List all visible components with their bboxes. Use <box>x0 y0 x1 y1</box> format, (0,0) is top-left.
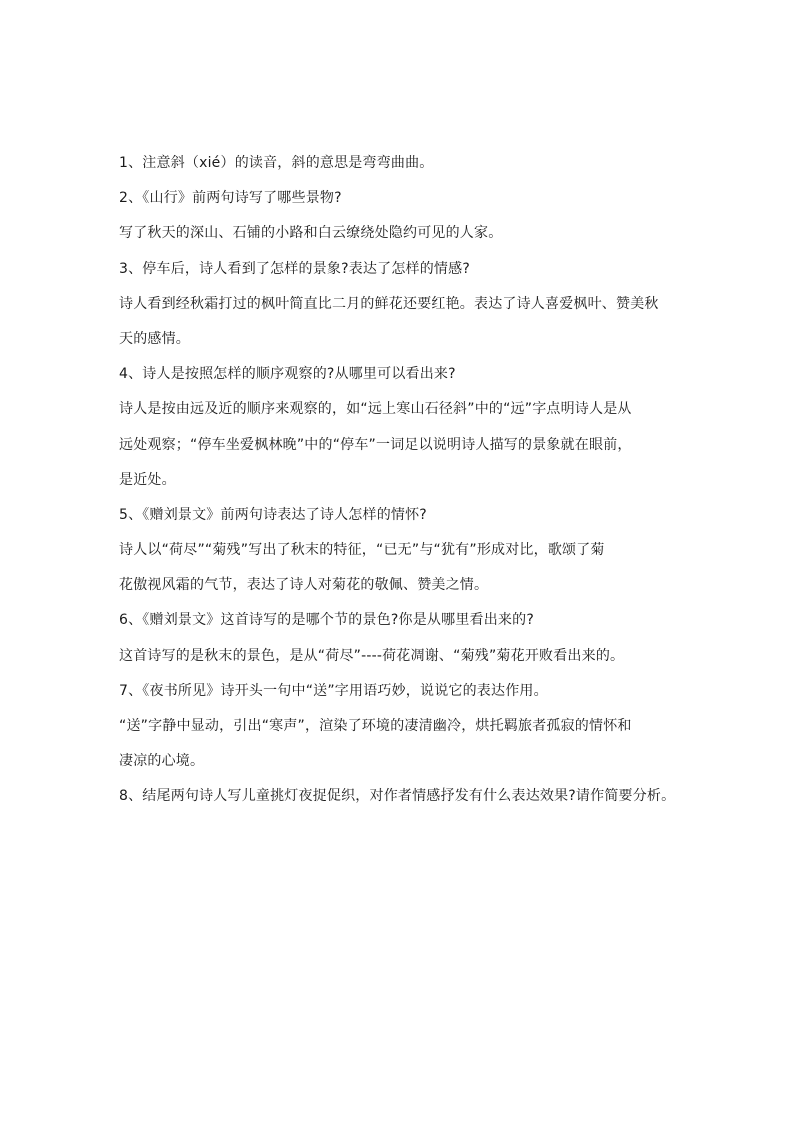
question-5: 5、《赠刘景文》前两句诗表达了诗人怎样的情怀? <box>119 498 679 533</box>
document-page: 1、注意斜（xié）的读音，斜的意思是弯弯曲曲。 2、《山行》前两句诗写了哪些景… <box>0 0 793 1122</box>
question-2: 2、《山行》前两句诗写了哪些景物? <box>119 181 679 216</box>
answer-7-line-2: 凄凉的心境。 <box>119 744 679 779</box>
document-body: 1、注意斜（xié）的读音，斜的意思是弯弯曲曲。 2、《山行》前两句诗写了哪些景… <box>119 146 679 815</box>
answer-4-line-3: 是近处。 <box>119 463 679 498</box>
answer-5-line-2: 花傲视风霜的气节，表达了诗人对菊花的敬佩、赞美之情。 <box>119 568 679 603</box>
question-7: 7、《夜书所见》诗开头一句中“送”字用语巧妙，说说它的表达作用。 <box>119 674 679 709</box>
answer-4-line-2: 远处观察；“停车坐爱枫林晚”中的“停车”一词足以说明诗人描写的景象就在眼前， <box>119 428 679 463</box>
answer-5-line-1: 诗人以“荷尽”“菊残”写出了秋末的特征，“已无”与“犹有”形成对比，歌颂了菊 <box>119 533 679 568</box>
question-8: 8、结尾两句诗人写儿童挑灯夜捉促织，对作者情感抒发有什么表达效果?请作简要分析。 <box>119 779 679 814</box>
answer-4-line-1: 诗人是按由远及近的顺序来观察的，如“远上寒山石径斜”中的“远”字点明诗人是从 <box>119 392 679 427</box>
answer-6: 这首诗写的是秋末的景色，是从“荷尽”----荷花凋谢、“菊残”菊花开败看出来的。 <box>119 639 679 674</box>
answer-3-line-1: 诗人看到经秋霜打过的枫叶简直比二月的鲜花还要红艳。表达了诗人喜爱枫叶、赞美秋 <box>119 287 679 322</box>
question-6: 6、《赠刘景文》这首诗写的是哪个节的景色?你是从哪里看出来的? <box>119 603 679 638</box>
question-4: 4、诗人是按照怎样的顺序观察的?从哪里可以看出来? <box>119 357 679 392</box>
question-1: 1、注意斜（xié）的读音，斜的意思是弯弯曲曲。 <box>119 146 679 181</box>
question-3: 3、停车后，诗人看到了怎样的景象?表达了怎样的情感? <box>119 252 679 287</box>
answer-3-line-2: 天的感情。 <box>119 322 679 357</box>
answer-2: 写了秋天的深山、石铺的小路和白云缭绕处隐约可见的人家。 <box>119 216 679 251</box>
answer-7-line-1: “送”字静中显动，引出“寒声”，渲染了环境的凄清幽冷，烘托羁旅者孤寂的情怀和 <box>119 709 679 744</box>
